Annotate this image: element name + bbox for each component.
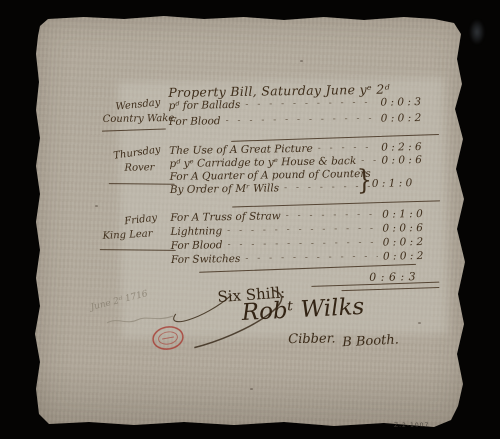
bill-section-wednesday: pᵈ for Ballads - - - - - - - - - - - - -… bbox=[168, 96, 438, 132]
bill-line-desc: The Use of A Great Picture bbox=[169, 143, 313, 157]
bill-line-desc: By Order of Mʳ Wills bbox=[170, 182, 279, 196]
play-label-king-lear: King Lear bbox=[102, 228, 152, 242]
braced-amount: 0 : 1 : 0 bbox=[372, 177, 413, 190]
bill-line-amount: 0 : 0 : 6 bbox=[381, 154, 439, 167]
signature-booth: B Booth. bbox=[342, 332, 399, 350]
bill-line-amount: 0 : 0 : 2 bbox=[383, 250, 441, 263]
margin-underline bbox=[100, 249, 176, 251]
bill-line-amount: 0 : 1 : 0 bbox=[382, 208, 440, 221]
bill-line-amount: 0 : 2 : 6 bbox=[381, 141, 439, 154]
dash-leader: - - - - - - - - - - - - - - - bbox=[226, 114, 376, 126]
margin-underline bbox=[109, 183, 175, 185]
reference-number: Z.2-1007 bbox=[394, 422, 429, 429]
dash-leader: - - - - - - - - - - - - bbox=[245, 252, 378, 264]
day-label-wednesday: Wensday bbox=[115, 97, 161, 113]
bill-line-desc: For Blood bbox=[171, 239, 223, 252]
section-divider-rule bbox=[232, 200, 440, 207]
day-label-thursday: Thursday bbox=[113, 144, 162, 161]
bill-line-desc: pᵈ for Ballads bbox=[168, 99, 240, 112]
dash-leader: - - - - - - - - bbox=[318, 143, 377, 154]
bill-line-desc: For A Truss of Straw bbox=[170, 210, 281, 224]
bill-line-amount: 0 : 0 : 2 bbox=[383, 236, 441, 249]
bill-line-amount: 0 : 0 : 2 bbox=[381, 112, 439, 125]
dash-leader: - - - - - - - - - - - - - - bbox=[245, 98, 375, 110]
bill-section-friday: For A Truss of Straw - - - - - - - - - -… bbox=[170, 208, 441, 268]
bill-line: For Blood - - - - - - - - - - - - - - - … bbox=[169, 112, 439, 132]
margin-underline bbox=[102, 128, 166, 131]
bill-line-desc: For Blood bbox=[169, 115, 221, 128]
dash-leader: - - - - - - - - - - - - - bbox=[227, 238, 377, 250]
dash-leader: - - - - - - - - - - bbox=[286, 210, 378, 221]
curly-brace: } bbox=[356, 164, 372, 196]
bill-line-desc: For Switches bbox=[171, 253, 241, 266]
bill-line-amount: 0 : 0 : 3 bbox=[380, 96, 438, 109]
dash-leader: - - - - - - - - - - - - - bbox=[227, 224, 377, 236]
bill-line-amount: 0 : 0 : 6 bbox=[382, 222, 440, 235]
bill-content: Property Bill, Saturday June yᵉ 2ᵈ Wensd… bbox=[0, 0, 500, 439]
day-label-friday: Friday bbox=[124, 213, 158, 228]
play-label-rover: Rover bbox=[124, 162, 154, 173]
signature-cibber: Cibber. bbox=[288, 331, 336, 347]
play-label-country-wake: Country Wake bbox=[103, 113, 175, 125]
photo-background: Property Bill, Saturday June yᵉ 2ᵈ Wensd… bbox=[0, 0, 500, 439]
bill-line-desc: Lightning bbox=[170, 225, 222, 238]
